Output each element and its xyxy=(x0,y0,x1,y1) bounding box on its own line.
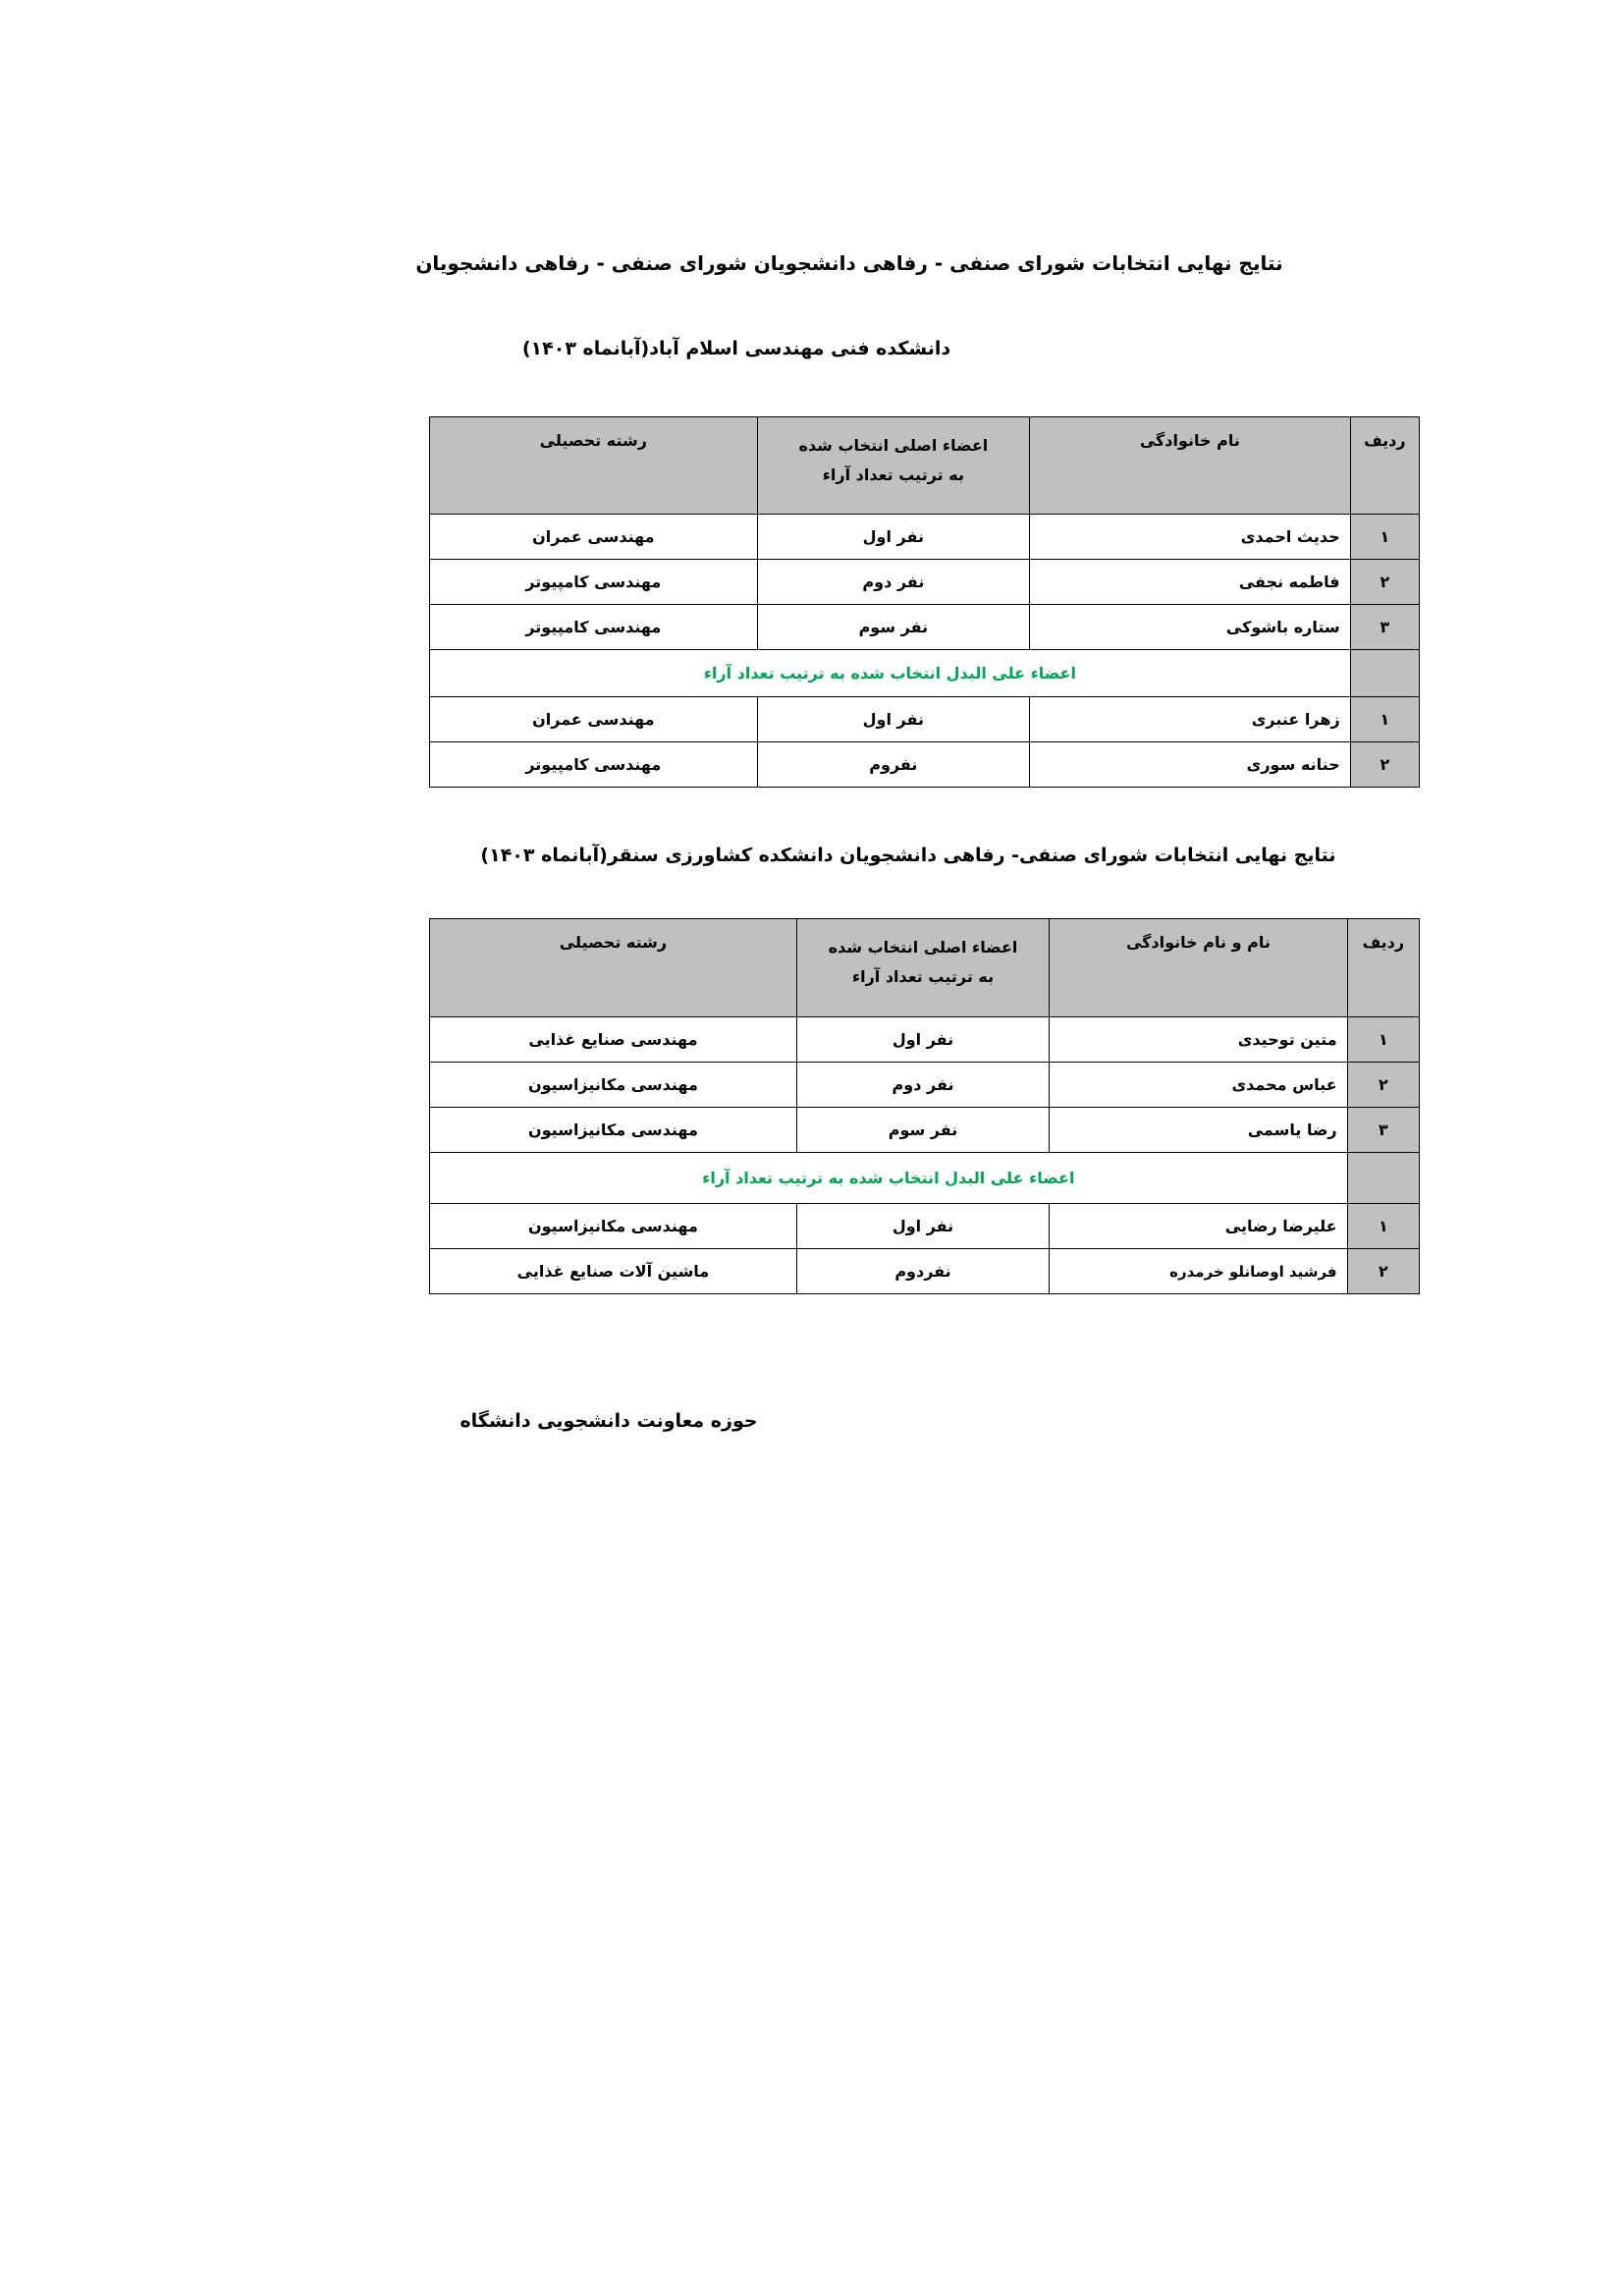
rank-cell: نفر اول xyxy=(757,697,1029,742)
table-row: ۱ حدیث احمدی نفر اول مهندسی عمران xyxy=(430,515,1420,560)
rank-cell: نفروم xyxy=(757,742,1029,788)
table-row: ۱ متین توحیدی نفر اول مهندسی صنایع غذایی xyxy=(430,1017,1420,1063)
table-row: ۲ حنانه سوری نفروم مهندسی کامپیوتر xyxy=(430,742,1420,788)
header-elected-line1: اعضاء اصلی انتخاب شده xyxy=(759,431,1028,461)
alternate-members-header-row: اعضاء علی البدل انتخاب شده به ترتیب تعدا… xyxy=(430,650,1420,697)
table-row: ۲ عباس محمدی نفر دوم مهندسی مکانیزاسیون xyxy=(430,1063,1420,1108)
major-cell: مهندسی کامپیوتر xyxy=(430,605,758,650)
row-number: ۱ xyxy=(1350,697,1419,742)
alternate-members-header: اعضاء علی البدل انتخاب شده به ترتیب تعدا… xyxy=(430,1153,1348,1204)
section1-subtitle: دانشکده فنی مهندسی اسلام آباد(آبانماه ۱۴… xyxy=(295,338,1178,359)
footer-signature: حوزه معاونت دانشجویی دانشگاه xyxy=(432,1410,785,1432)
rank-cell: نفر اول xyxy=(796,1204,1049,1249)
table-row: ۳ ستاره باشوکی نفر سوم مهندسی کامپیوتر xyxy=(430,605,1420,650)
table-row: ۱ علیرضا رضایی نفر اول مهندسی مکانیزاسیو… xyxy=(430,1204,1420,1249)
row-number: ۳ xyxy=(1347,1108,1419,1153)
name-cell: علیرضا رضایی xyxy=(1050,1204,1348,1249)
row-number-empty xyxy=(1350,650,1419,697)
major-cell: مهندسی کامپیوتر xyxy=(430,742,758,788)
header-elected-line2: به ترتیب تعداد آراء xyxy=(759,461,1028,490)
major-cell: مهندسی عمران xyxy=(430,697,758,742)
table-row: ۱ زهرا عنبری نفر اول مهندسی عمران xyxy=(430,697,1420,742)
name-cell: حدیث احمدی xyxy=(1030,515,1351,560)
alternate-members-header-row: اعضاء علی البدل انتخاب شده به ترتیب تعدا… xyxy=(430,1153,1420,1204)
row-number: ۱ xyxy=(1347,1017,1419,1063)
name-cell: حنانه سوری xyxy=(1030,742,1351,788)
table-row: ۲ فرشید اوصانلو خرمدره نفردوم ماشین آلات… xyxy=(430,1249,1420,1294)
table-row: ۲ فاطمه نجفی نفر دوم مهندسی کامپیوتر xyxy=(430,560,1420,605)
rank-cell: نفر دوم xyxy=(796,1063,1049,1108)
header-elected: اعضاء اصلی انتخاب شده به ترتیب تعداد آرا… xyxy=(796,919,1049,1017)
table-row: ۳ رضا یاسمی نفر سوم مهندسی مکانیزاسیون xyxy=(430,1108,1420,1153)
major-cell: مهندسی کامپیوتر xyxy=(430,560,758,605)
major-cell: مهندسی مکانیزاسیون xyxy=(430,1204,797,1249)
rank-cell: نفردوم xyxy=(796,1249,1049,1294)
rank-cell: نفر سوم xyxy=(757,605,1029,650)
rank-cell: نفر اول xyxy=(757,515,1029,560)
results-table-agriculture: ردیف نام و نام خانوادگی اعضاء اصلی انتخا… xyxy=(429,918,1420,1294)
row-number: ۲ xyxy=(1347,1063,1419,1108)
alternate-members-header: اعضاء علی البدل انتخاب شده به ترتیب تعدا… xyxy=(430,650,1351,697)
row-number: ۲ xyxy=(1350,742,1419,788)
header-name: نام و نام خانوادگی xyxy=(1050,919,1348,1017)
header-row-number: ردیف xyxy=(1350,417,1419,515)
major-cell: مهندسی مکانیزاسیون xyxy=(430,1063,797,1108)
header-elected-line1: اعضاء اصلی انتخاب شده xyxy=(798,933,1048,962)
results-table-engineering: ردیف نام خانوادگی اعضاء اصلی انتخاب شده … xyxy=(429,416,1420,788)
name-cell: رضا یاسمی xyxy=(1050,1108,1348,1153)
row-number-empty xyxy=(1347,1153,1419,1204)
header-row-number: ردیف xyxy=(1347,919,1419,1017)
row-number: ۱ xyxy=(1347,1204,1419,1249)
major-cell: مهندسی صنایع غذایی xyxy=(430,1017,797,1063)
name-cell: ستاره باشوکی xyxy=(1030,605,1351,650)
rank-cell: نفر سوم xyxy=(796,1108,1049,1153)
row-number: ۱ xyxy=(1350,515,1419,560)
name-cell: متین توحیدی xyxy=(1050,1017,1348,1063)
header-major: رشته تحصیلی xyxy=(430,417,758,515)
row-number: ۳ xyxy=(1350,605,1419,650)
table-header-row: ردیف نام خانوادگی اعضاء اصلی انتخاب شده … xyxy=(430,417,1420,515)
section1-title: نتایج نهایی انتخابات شورای صنفی - رفاهی … xyxy=(285,251,1414,275)
name-cell: فرشید اوصانلو خرمدره xyxy=(1050,1249,1348,1294)
header-elected-line2: به ترتیب تعداد آراء xyxy=(798,962,1048,992)
row-number: ۲ xyxy=(1350,560,1419,605)
major-cell: مهندسی مکانیزاسیون xyxy=(430,1108,797,1153)
section2-title: نتایج نهایی انتخابات شورای صنفی- رفاهی د… xyxy=(412,845,1404,866)
name-cell: زهرا عنبری xyxy=(1030,697,1351,742)
name-cell: عباس محمدی xyxy=(1050,1063,1348,1108)
header-major: رشته تحصیلی xyxy=(430,919,797,1017)
document-page: { "colors": { "header_bg": "#C0C0C0", "a… xyxy=(0,0,1623,2296)
header-name: نام خانوادگی xyxy=(1030,417,1351,515)
row-number: ۲ xyxy=(1347,1249,1419,1294)
header-elected: اعضاء اصلی انتخاب شده به ترتیب تعداد آرا… xyxy=(757,417,1029,515)
rank-cell: نفر اول xyxy=(796,1017,1049,1063)
major-cell: ماشین آلات صنایع غذایی xyxy=(430,1249,797,1294)
table-header-row: ردیف نام و نام خانوادگی اعضاء اصلی انتخا… xyxy=(430,919,1420,1017)
major-cell: مهندسی عمران xyxy=(430,515,758,560)
rank-cell: نفر دوم xyxy=(757,560,1029,605)
name-cell: فاطمه نجفی xyxy=(1030,560,1351,605)
